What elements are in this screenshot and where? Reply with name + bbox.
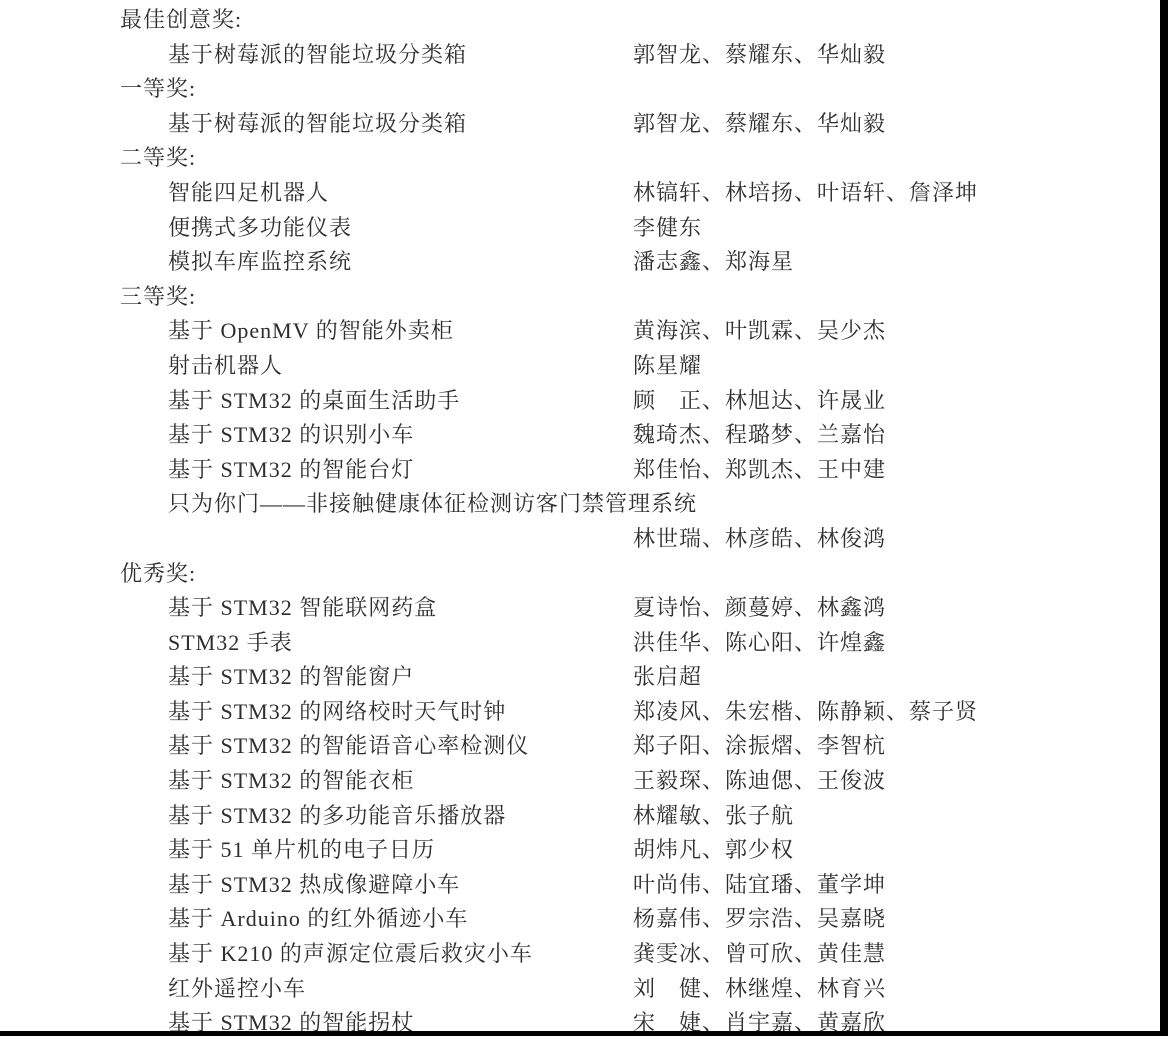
team-names: 张启超 [633, 660, 702, 695]
team-names: 王毅琛、陈迪偲、王俊波 [633, 764, 886, 799]
award-row-continuation: 林世瑞、林彦皓、林俊鸿 [168, 522, 1160, 557]
project-name: 基于 STM32 的智能语音心率检测仪 [168, 729, 633, 764]
award-section: 最佳创意奖:基于树莓派的智能垃圾分类箱郭智龙、蔡耀东、华灿毅 [0, 3, 1160, 72]
section-title: 二等奖: [120, 141, 1160, 176]
section-title: 优秀奖: [120, 557, 1160, 592]
award-row: 基于 STM32 的多功能音乐播放器林耀敏、张子航 [168, 799, 1160, 834]
team-names: 魏琦杰、程璐梦、兰嘉怡 [633, 418, 886, 453]
award-row: 基于 STM32 的智能拐杖宋 婕、肖宇嘉、黄嘉欣 [168, 1006, 1160, 1036]
award-row: 基于 STM32 的桌面生活助手顾 正、林旭达、许晟业 [168, 384, 1160, 419]
project-name: 基于 STM32 的桌面生活助手 [168, 384, 633, 419]
award-row: 便携式多功能仪表李健东 [168, 211, 1160, 246]
award-section: 三等奖:基于 OpenMV 的智能外卖柜黄海滨、叶凯霖、吴少杰射击机器人陈星耀基… [0, 280, 1160, 557]
award-section: 一等奖:基于树莓派的智能垃圾分类箱郭智龙、蔡耀东、华灿毅 [0, 72, 1160, 141]
section-title: 最佳创意奖: [120, 3, 1160, 38]
award-row: 智能四足机器人林镐轩、林培扬、叶语轩、詹泽坤 [168, 176, 1160, 211]
award-row: 基于 STM32 的智能窗户张启超 [168, 660, 1160, 695]
project-name: 基于 OpenMV 的智能外卖柜 [168, 314, 633, 349]
award-row: 模拟车库监控系统潘志鑫、郑海星 [168, 245, 1160, 280]
project-name: 红外遥控小车 [168, 972, 633, 1007]
award-section: 优秀奖:基于 STM32 智能联网药盒夏诗怡、颜蔓婷、林鑫鸿STM32 手表洪佳… [0, 557, 1160, 1037]
team-names: 陈星耀 [633, 349, 702, 384]
team-names: 郭智龙、蔡耀东、华灿毅 [633, 107, 886, 142]
award-row: 射击机器人陈星耀 [168, 349, 1160, 384]
project-name: 基于 K210 的声源定位震后救灾小车 [168, 937, 633, 972]
project-name: 基于 STM32 的智能衣柜 [168, 764, 633, 799]
team-names: 洪佳华、陈心阳、许煌鑫 [633, 626, 886, 661]
award-row: 只为你门——非接触健康体征检测访客门禁管理系统 [168, 487, 1160, 522]
team-names: 顾 正、林旭达、许晟业 [633, 384, 886, 419]
team-names: 郑子阳、涂振熠、李智杭 [633, 729, 886, 764]
team-names: 叶尚伟、陆宜璠、董学坤 [633, 868, 886, 903]
award-row: 基于 OpenMV 的智能外卖柜黄海滨、叶凯霖、吴少杰 [168, 314, 1160, 349]
project-name: 智能四足机器人 [168, 176, 633, 211]
team-names: 黄海滨、叶凯霖、吴少杰 [633, 314, 886, 349]
award-row: 基于 STM32 智能联网药盒夏诗怡、颜蔓婷、林鑫鸿 [168, 591, 1160, 626]
project-name: 基于 STM32 的网络校时天气时钟 [168, 695, 633, 730]
team-names: 郑凌风、朱宏楷、陈静颖、蔡子贤 [633, 695, 978, 730]
team-names: 郭智龙、蔡耀东、华灿毅 [633, 38, 886, 73]
award-row: 红外遥控小车刘 健、林继煌、林育兴 [168, 972, 1160, 1007]
project-name: 基于 STM32 热成像避障小车 [168, 868, 633, 903]
award-row: 基于 K210 的声源定位震后救灾小车龚雯冰、曾可欣、黄佳慧 [168, 937, 1160, 972]
project-name: STM32 手表 [168, 626, 633, 661]
project-name-spacer [168, 522, 633, 557]
award-row: 基于 STM32 的网络校时天气时钟郑凌风、朱宏楷、陈静颖、蔡子贤 [168, 695, 1160, 730]
project-name: 基于 STM32 智能联网药盒 [168, 591, 633, 626]
award-row: 基于 STM32 的智能语音心率检测仪郑子阳、涂振熠、李智杭 [168, 729, 1160, 764]
award-row: 基于 STM32 的智能台灯郑佳怡、郑凯杰、王中建 [168, 453, 1160, 488]
project-name: 基于 STM32 的智能台灯 [168, 453, 633, 488]
project-name: 基于 51 单片机的电子日历 [168, 833, 633, 868]
project-name: 基于树莓派的智能垃圾分类箱 [168, 107, 633, 142]
section-title: 三等奖: [120, 280, 1160, 315]
project-name: 基于 STM32 的智能拐杖 [168, 1006, 633, 1036]
project-name: 只为你门——非接触健康体征检测访客门禁管理系统 [168, 487, 697, 522]
section-title: 一等奖: [120, 72, 1160, 107]
award-section: 二等奖:智能四足机器人林镐轩、林培扬、叶语轩、詹泽坤便携式多功能仪表李健东模拟车… [0, 141, 1160, 279]
award-row: 基于 STM32 的识别小车魏琦杰、程璐梦、兰嘉怡 [168, 418, 1160, 453]
award-row: 基于树莓派的智能垃圾分类箱郭智龙、蔡耀东、华灿毅 [168, 107, 1160, 142]
team-names: 林耀敏、张子航 [633, 799, 794, 834]
award-row: 基于树莓派的智能垃圾分类箱郭智龙、蔡耀东、华灿毅 [168, 38, 1160, 73]
project-name: 模拟车库监控系统 [168, 245, 633, 280]
team-names: 龚雯冰、曾可欣、黄佳慧 [633, 937, 886, 972]
award-row: STM32 手表洪佳华、陈心阳、许煌鑫 [168, 626, 1160, 661]
team-names: 林世瑞、林彦皓、林俊鸿 [633, 522, 886, 557]
project-name: 基于 STM32 的识别小车 [168, 418, 633, 453]
award-list: 最佳创意奖:基于树莓派的智能垃圾分类箱郭智龙、蔡耀东、华灿毅一等奖:基于树莓派的… [0, 0, 1160, 1036]
project-name: 基于树莓派的智能垃圾分类箱 [168, 38, 633, 73]
team-names: 夏诗怡、颜蔓婷、林鑫鸿 [633, 591, 886, 626]
project-name: 射击机器人 [168, 349, 633, 384]
award-row: 基于 STM32 热成像避障小车叶尚伟、陆宜璠、董学坤 [168, 868, 1160, 903]
project-name: 基于 STM32 的智能窗户 [168, 660, 633, 695]
team-names: 潘志鑫、郑海星 [633, 245, 794, 280]
project-name: 便携式多功能仪表 [168, 211, 633, 246]
project-name: 基于 Arduino 的红外循迹小车 [168, 902, 633, 937]
team-names: 杨嘉伟、罗宗浩、吴嘉晓 [633, 902, 886, 937]
project-name: 基于 STM32 的多功能音乐播放器 [168, 799, 633, 834]
team-names: 刘 健、林继煌、林育兴 [633, 972, 886, 1007]
award-row: 基于 Arduino 的红外循迹小车杨嘉伟、罗宗浩、吴嘉晓 [168, 902, 1160, 937]
team-names: 胡炜凡、郭少权 [633, 833, 794, 868]
team-names: 林镐轩、林培扬、叶语轩、詹泽坤 [633, 176, 978, 211]
team-names: 李健东 [633, 211, 702, 246]
award-row: 基于 STM32 的智能衣柜王毅琛、陈迪偲、王俊波 [168, 764, 1160, 799]
team-names: 宋 婕、肖宇嘉、黄嘉欣 [633, 1006, 886, 1036]
team-names: 郑佳怡、郑凯杰、王中建 [633, 453, 886, 488]
award-row: 基于 51 单片机的电子日历胡炜凡、郭少权 [168, 833, 1160, 868]
document-page: 最佳创意奖:基于树莓派的智能垃圾分类箱郭智龙、蔡耀东、华灿毅一等奖:基于树莓派的… [0, 0, 1168, 1036]
